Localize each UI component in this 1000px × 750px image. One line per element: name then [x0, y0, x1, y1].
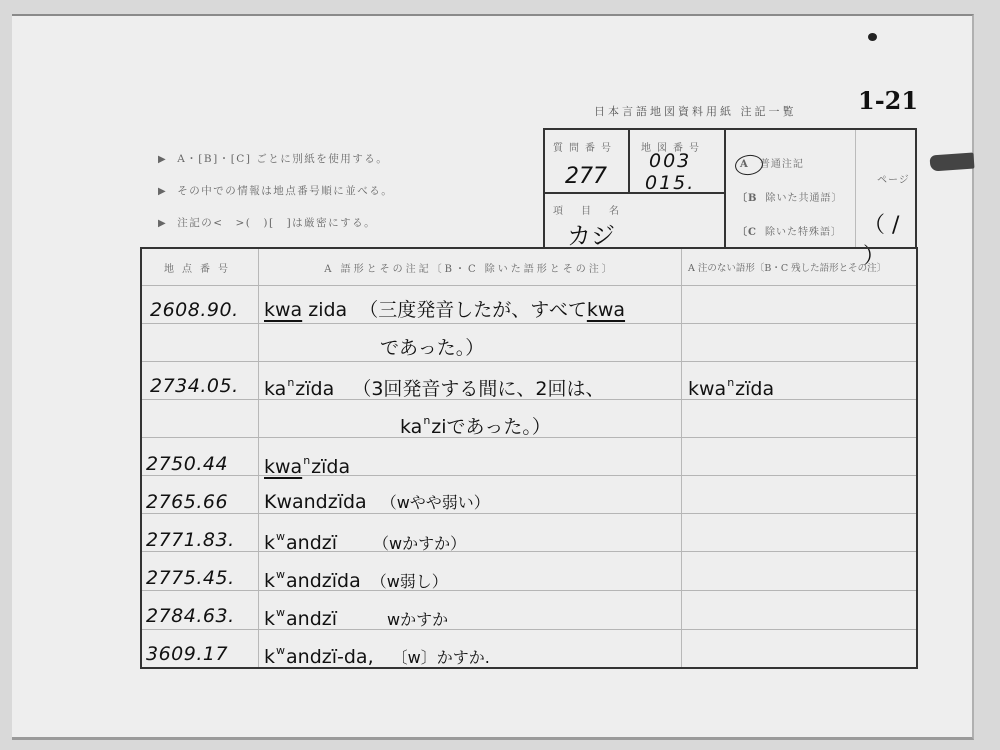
map-number-value-1: 003 [649, 150, 691, 172]
instruction-3: ▶注記の< >( )[ ]は厳密にする。 [158, 215, 376, 230]
word-form: kwandzï-da,〔w〕かすか. [264, 645, 490, 667]
plain-form: kwanzïda [688, 377, 774, 399]
point-number: 3609.17 [146, 645, 228, 664]
header-form-without-note: A 注のない語形〔B・C 残した語形とその注〕 [682, 249, 918, 285]
selected-circle-mark [734, 153, 765, 177]
triangle-bullet-icon: ▶ [158, 186, 167, 197]
map-number-value-2: 015. [645, 172, 695, 194]
triangle-bullet-icon: ▶ [158, 154, 167, 165]
point-number: 2765.66 [146, 493, 228, 512]
item-name-value: カジ [567, 216, 615, 251]
option-c[interactable]: 〔C除いた特殊語〕 [737, 220, 842, 239]
notes-table: 地点番号 A 語形とその注記〔B・C 除いた語形とその注〕 A 注のない語形〔B… [140, 247, 918, 669]
tape-mark [929, 152, 974, 171]
page-label: ページ [877, 168, 910, 187]
point-number: 2608.90. [150, 301, 239, 320]
triangle-bullet-icon: ▶ [158, 218, 167, 229]
point-number: 2750.44 [146, 455, 228, 474]
question-number-label: 質問番号 [553, 136, 617, 155]
word-form: Kwandzïda（wやや弱い） [264, 493, 490, 512]
info-box: 質問番号 277 地図番号 003 015. 項目名 カジ A 普通注記 〔B除… [543, 128, 917, 248]
instruction-1: ▶A・[B]・[C] ごとに別紙を使用する。 [158, 151, 388, 166]
word-form: kanzïda （3回発音する間に、2回は、 [264, 377, 605, 399]
word-form: kwandzï（wかすか） [264, 531, 466, 553]
option-a[interactable]: A 普通注記 [740, 152, 804, 171]
word-form: kwanzïda [264, 455, 350, 477]
word-note-continuation: であった。） [380, 339, 484, 358]
form-title: 日本言語地図資料用紙 注記一覧 [594, 103, 797, 119]
card-id: 1-21 [858, 86, 918, 115]
point-number: 2771.83. [146, 531, 235, 550]
word-form: kwa zida （三度発音したが、すべてkwa [264, 301, 625, 320]
point-number: 2775.45. [146, 569, 235, 588]
question-number-value: 277 [565, 164, 607, 189]
word-form: kwandzïda（w弱し） [264, 569, 448, 591]
option-b[interactable]: 〔B除いた共通語〕 [737, 186, 842, 205]
instruction-2: ▶その中での情報は地点番号順に並べる。 [158, 183, 393, 198]
ink-speck [868, 33, 877, 41]
word-note-continuation: kanziであった。） [400, 415, 551, 437]
word-form: kwandzïwかすか [264, 607, 448, 629]
header-point-number: 地点番号 [142, 249, 258, 285]
point-number: 2784.63. [146, 607, 235, 626]
header-form-with-note: A 語形とその注記〔B・C 除いた語形とその注〕 [258, 249, 681, 285]
point-number: 2734.05. [150, 377, 239, 396]
